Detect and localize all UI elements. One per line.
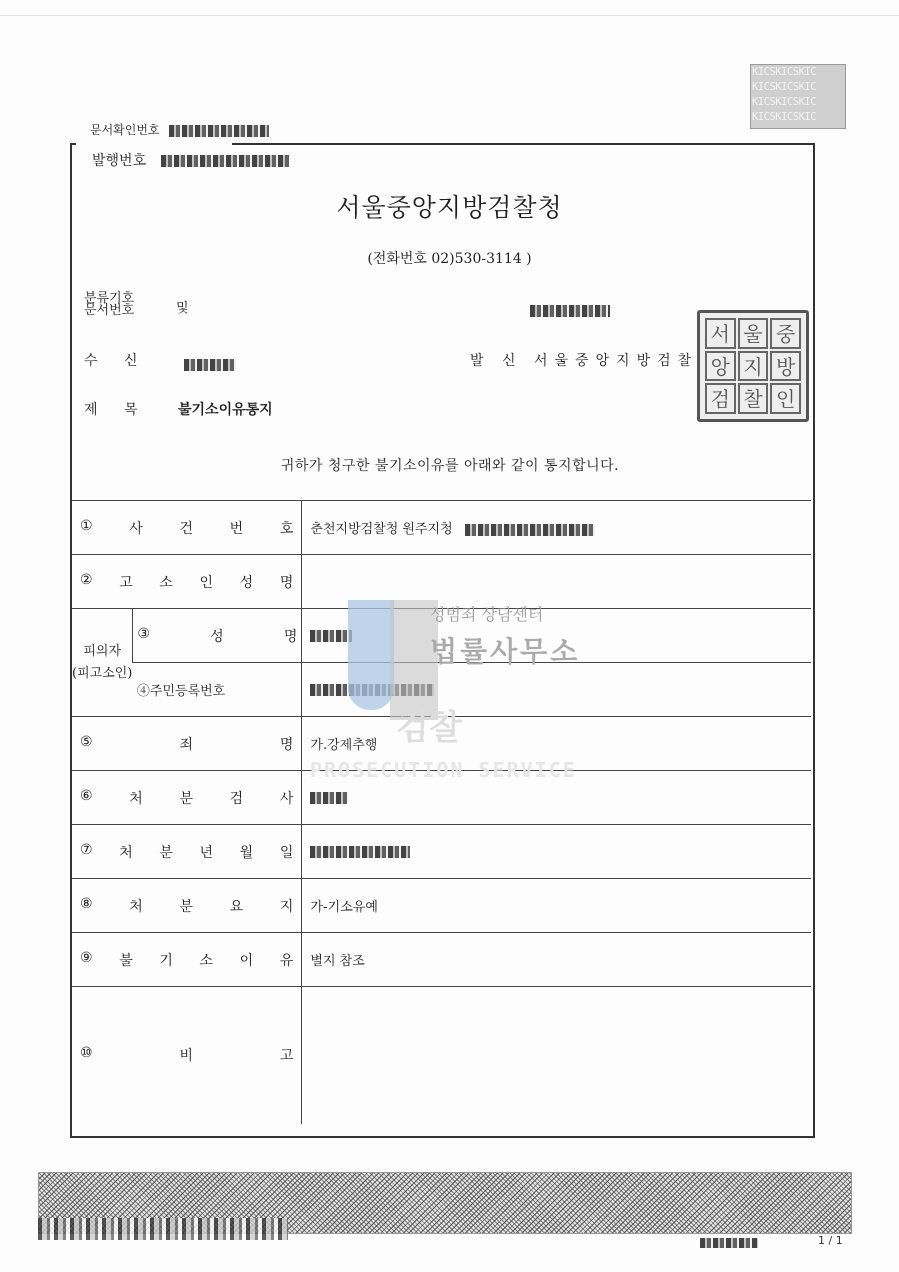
label-char: 명 bbox=[284, 626, 298, 646]
reason-value: 별지 참조 bbox=[302, 933, 811, 987]
suspect-name-label: ③성명 bbox=[133, 609, 302, 663]
seal-char: 찰 bbox=[738, 383, 769, 414]
redacted-prosecutor-name bbox=[310, 792, 348, 804]
seal-char: 앙 bbox=[705, 351, 736, 382]
label-char: 년 bbox=[200, 842, 214, 862]
issue-number-label: 발행번호 bbox=[92, 153, 146, 169]
label-char: 호 bbox=[280, 518, 294, 538]
table-row-suspect-id: ④주민등록번호 bbox=[72, 663, 811, 717]
label-char: 성 bbox=[240, 572, 254, 592]
case-number-value: 춘천지방검찰청 원주지청 bbox=[302, 501, 811, 555]
kics-watermark-box: KICSKICSKIC KICSKICSKIC KICSKICSKIC KICS… bbox=[750, 64, 846, 129]
charge-value: 가.강제추행 bbox=[302, 717, 811, 771]
seal-char: 울 bbox=[738, 318, 769, 349]
label-char: 명 bbox=[280, 734, 294, 754]
label-char: 처 bbox=[129, 896, 143, 916]
page-number: 1 / 1 bbox=[818, 1234, 843, 1247]
subject-label: 제 목 bbox=[84, 399, 138, 419]
seal-char: 방 bbox=[770, 351, 801, 382]
table-row-complainant: ②고소인성명 bbox=[72, 555, 811, 609]
label-char: 번 bbox=[230, 518, 244, 538]
label-char: ⑥ bbox=[80, 788, 93, 808]
label-char: 검 bbox=[230, 788, 244, 808]
redacted-resident-number bbox=[310, 684, 434, 696]
label-char: ⑩ bbox=[80, 1045, 93, 1065]
table-row-suspect-name: 피의자 (피고소인) ③성명 bbox=[72, 609, 811, 663]
classification-and: 및 bbox=[176, 297, 189, 316]
scan-edge-line bbox=[0, 15, 899, 16]
label-char: 처 bbox=[129, 788, 143, 808]
remarks-value bbox=[302, 987, 811, 1124]
label-char: 죄 bbox=[179, 734, 193, 754]
table-row-remarks: ⑩비고 bbox=[72, 987, 811, 1124]
label-char: 사 bbox=[280, 788, 294, 808]
disposition-date-value bbox=[302, 825, 811, 879]
label-char: 일 bbox=[280, 842, 294, 862]
prosecutor-label: ⑥처분검사 bbox=[72, 771, 302, 825]
document-confirmation-number: 문서확인번호 bbox=[90, 121, 269, 138]
table-row-case-number: ①사건번호 춘천지방검찰청 원주지청 bbox=[72, 501, 811, 555]
agency-title: 서울중앙지방검찰청 bbox=[0, 188, 899, 224]
label-char: 소 bbox=[159, 572, 173, 592]
redacted-footer-code bbox=[38, 1218, 288, 1240]
label-char: 이 bbox=[240, 950, 254, 970]
prosecutor-value bbox=[302, 771, 811, 825]
redacted-footer-mark bbox=[700, 1232, 758, 1242]
subject-value: 불기소이유통지 bbox=[178, 399, 273, 419]
notice-sentence: 귀하가 청구한 불기소이유를 아래와 같이 통지합니다. bbox=[0, 455, 760, 475]
issue-number: 발행번호 bbox=[92, 150, 289, 170]
complainant-value bbox=[302, 555, 811, 609]
notification-table: ①사건번호 춘천지방검찰청 원주지청 ②고소인성명 피의자 (피고소인) ③성명… bbox=[72, 500, 811, 1124]
label-char: 비 bbox=[179, 1045, 193, 1065]
disposition-summary-value: 가-기소유예 bbox=[302, 879, 811, 933]
redacted-confirmation-number bbox=[169, 125, 269, 137]
complainant-label: ②고소인성명 bbox=[72, 555, 302, 609]
suspect-id-value bbox=[302, 663, 811, 717]
label-char: 분 bbox=[179, 788, 193, 808]
suspect-name-value bbox=[302, 609, 811, 663]
seal-char: 중 bbox=[770, 318, 801, 349]
disposition-summary-label: ⑧처분요지 bbox=[72, 879, 302, 933]
agency-phone: (전화번호 02)530-3114 ) bbox=[0, 248, 899, 268]
label-char: 고 bbox=[119, 572, 133, 592]
remarks-label: ⑩비고 bbox=[72, 987, 302, 1124]
seal-char: 검 bbox=[705, 383, 736, 414]
classification-label: 분류기호 문서번호 bbox=[84, 293, 134, 317]
seal-char: 지 bbox=[738, 351, 769, 382]
reason-label: ⑨불기소이유 bbox=[72, 933, 302, 987]
charge-label: ⑤죄명 bbox=[72, 717, 302, 771]
label-char: ⑧ bbox=[80, 896, 93, 916]
label-char: 분 bbox=[179, 896, 193, 916]
label-char: 소 bbox=[200, 950, 214, 970]
seal-char: 서 bbox=[705, 318, 736, 349]
seal-char: 인 bbox=[770, 383, 801, 414]
redacted-classification-number bbox=[530, 300, 610, 319]
table-row-charge: ⑤죄명 가.강제추행 bbox=[72, 717, 811, 771]
label-char: 유 bbox=[280, 950, 294, 970]
label-char: 월 bbox=[240, 842, 254, 862]
redacted-issue-number bbox=[161, 155, 289, 167]
official-seal-stamp: 서 울 중 앙 지 방 검 찰 인 bbox=[697, 310, 809, 422]
label-char: 인 bbox=[200, 572, 214, 592]
label-char: ⑦ bbox=[80, 842, 93, 862]
suspect-id-label: ④주민등록번호 bbox=[133, 663, 302, 717]
redacted-recipient bbox=[184, 354, 236, 373]
case-number-label: ①사건번호 bbox=[72, 501, 302, 555]
redacted-case-number bbox=[465, 524, 595, 536]
redacted-disposition-date bbox=[310, 846, 410, 858]
label-char: 분 bbox=[159, 842, 173, 862]
label-char: 불 bbox=[119, 950, 133, 970]
label-char: 성 bbox=[210, 626, 224, 646]
label-char: ⑨ bbox=[80, 950, 93, 970]
label-char: ① bbox=[80, 518, 93, 538]
table-row-disposition-summary: ⑧처분요지 가-기소유예 bbox=[72, 879, 811, 933]
label-char: 요 bbox=[230, 896, 244, 916]
table-row-reason: ⑨불기소이유 별지 참조 bbox=[72, 933, 811, 987]
label-char: 건 bbox=[179, 518, 193, 538]
table-row-disposition-date: ⑦처분년월일 bbox=[72, 825, 811, 879]
label-char: ③ bbox=[137, 626, 150, 646]
suspect-group-label: 피의자 (피고소인) bbox=[72, 609, 133, 717]
label-char: 고 bbox=[280, 1045, 294, 1065]
table-row-prosecutor: ⑥처분검사 bbox=[72, 771, 811, 825]
label-char: 기 bbox=[159, 950, 173, 970]
redacted-suspect-name bbox=[310, 630, 352, 642]
label-char: 지 bbox=[280, 896, 294, 916]
label-char: ② bbox=[80, 572, 93, 592]
label-char: 처 bbox=[119, 842, 133, 862]
disposition-date-label: ⑦처분년월일 bbox=[72, 825, 302, 879]
document-confirmation-label: 문서확인번호 bbox=[90, 123, 160, 137]
label-char: 명 bbox=[280, 572, 294, 592]
label-char: ⑤ bbox=[80, 734, 93, 754]
label-char: 사 bbox=[129, 518, 143, 538]
recipient-label: 수 신 bbox=[84, 350, 138, 370]
